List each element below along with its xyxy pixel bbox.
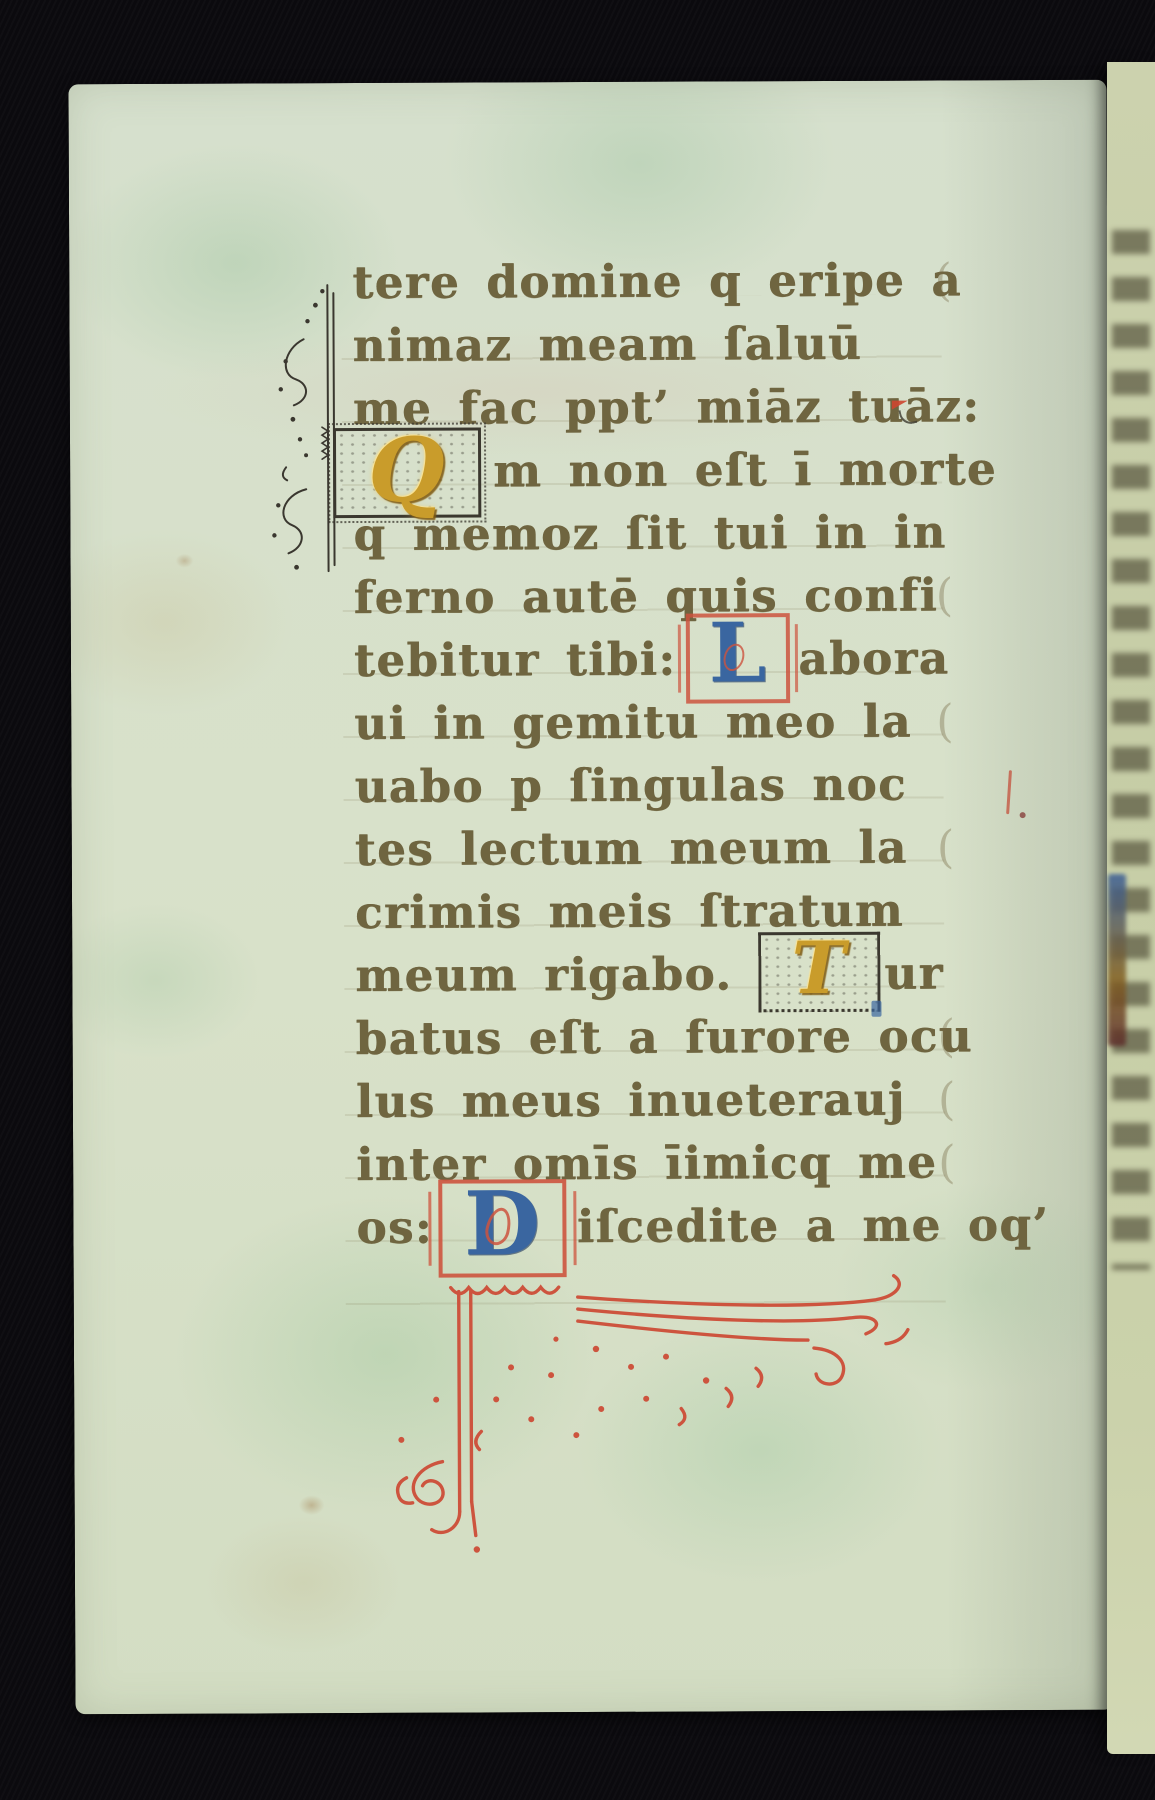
line-text: tebitur tibi: bbox=[354, 633, 677, 687]
text-line: batus eſt a furore ocu( bbox=[355, 1004, 945, 1070]
rubric-flag-mark bbox=[888, 399, 922, 433]
illuminated-initial-q: Q bbox=[333, 427, 481, 518]
line-text: meum rigabo. bbox=[355, 947, 732, 1002]
text-line: uabo p ſingulas noc bbox=[354, 752, 944, 818]
initial-letter: T bbox=[761, 935, 877, 1002]
line-end-catchmark: ( bbox=[937, 1004, 955, 1067]
line-text: ur bbox=[884, 946, 944, 999]
text-line: tere domine q eripe a( bbox=[352, 248, 942, 314]
text-line: nimaz meam ſaluū bbox=[352, 311, 942, 377]
line-text: ferno autē quis confi bbox=[354, 568, 939, 624]
stain-spot bbox=[175, 554, 193, 568]
line-text: nimaz meam ſaluū bbox=[352, 317, 862, 372]
text-line: tes lectum meum la( bbox=[355, 815, 945, 881]
adjacent-folio-initial bbox=[1108, 874, 1126, 1046]
rubric-flag-hook bbox=[898, 407, 917, 426]
line-end-catchmark: ( bbox=[936, 563, 954, 626]
line-end-catchmark: ( bbox=[937, 815, 955, 878]
adjacent-folio-blurred-text bbox=[1112, 230, 1150, 1270]
line-text: lus meus inueterauj bbox=[356, 1073, 906, 1128]
text-line: tebitur tibi:Labora bbox=[354, 626, 944, 692]
illuminated-initial-l: L bbox=[686, 613, 790, 703]
initial-letter: L bbox=[690, 617, 786, 689]
adjacent-folio-edge bbox=[1107, 62, 1155, 1754]
initial-letter: D bbox=[443, 1183, 563, 1264]
line-end-catchmark: ( bbox=[938, 1130, 956, 1193]
line-end-catchmark: ( bbox=[936, 689, 954, 752]
line-text: ui in gemitu meo la bbox=[354, 695, 912, 750]
line-text: m non eſt ī morte bbox=[493, 442, 997, 497]
illuminated-initial-t: T bbox=[758, 932, 880, 1013]
line-text: batus eſt a furore ocu bbox=[355, 1009, 973, 1065]
psalm-text-block: tere domine q eripe a(nimaz meam ſaluūme… bbox=[352, 248, 946, 1259]
red-margin-hairline bbox=[1006, 770, 1012, 814]
photograph-background: tere domine q eripe a(nimaz meam ſaluūme… bbox=[0, 0, 1155, 1800]
line-text: tes lectum meum la bbox=[355, 821, 908, 876]
ink-speck bbox=[1020, 812, 1026, 818]
text-line: meum rigabo.Tur bbox=[355, 941, 945, 1007]
text-line: Qm non eſt ī morte bbox=[353, 437, 943, 503]
line-end-catchmark: ( bbox=[934, 248, 952, 311]
text-line: lus meus inueterauj( bbox=[356, 1067, 946, 1133]
line-text: uabo p ſingulas noc bbox=[354, 758, 907, 813]
line-end-catchmark: ( bbox=[938, 1067, 956, 1130]
text-line: ui in gemitu meo la( bbox=[354, 689, 944, 755]
manuscript-page: tere domine q eripe a(nimaz meam ſaluūme… bbox=[68, 80, 1113, 1715]
line-text: abora bbox=[798, 631, 949, 685]
line-text: iſcedite a me oq’ bbox=[577, 1198, 1050, 1253]
illuminated-initial-d: D bbox=[439, 1179, 567, 1278]
stain-spot bbox=[299, 1495, 325, 1515]
initial-letter: Q bbox=[336, 430, 478, 509]
text-line: ferno autē quis confi( bbox=[354, 563, 944, 629]
line-text: os: bbox=[356, 1201, 433, 1254]
line-text: tere domine q eripe a bbox=[352, 253, 962, 309]
red-penwork-flourish bbox=[346, 1248, 927, 1561]
